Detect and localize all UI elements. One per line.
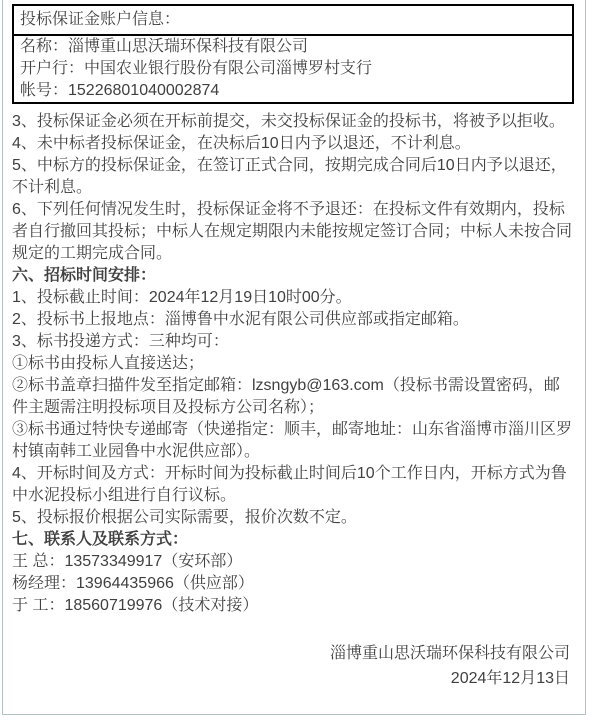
method-direct-delivery: ①标书由投标人直接送达； <box>12 353 574 375</box>
signature-company: 淄博重山思沃瑞环保科技有限公司 <box>12 641 570 666</box>
method-email-delivery: ②标书盖章扫描件发至指定邮箱：lzsngyb@163.com（投标书需设置密码，… <box>12 375 574 419</box>
account-table-detail-row: 名称：淄博重山思沃瑞环保科技有限公司 开户行：中国农业银行股份有限公司淄博罗村支… <box>13 35 573 103</box>
item-quotation-rounds: 5、投标报价根据公司实际需要，报价次数不定。 <box>12 507 574 529</box>
account-table-header-row: 投标保证金账户信息： <box>13 5 573 35</box>
clause-6-forfeit-conditions: 6、下列任何情况发生时，投标保证金将不予退还：在投标文件有效期内，投标者自行撤回… <box>12 199 574 265</box>
item-delivery-methods: 3、标书投递方式：三种均可： <box>12 331 574 353</box>
clause-4-refund-unsuccessful: 4、未中标者投标保证金，在决标后10日内予以退还，不计利息。 <box>12 133 574 155</box>
item-bid-deadline: 1、投标截止时间：2024年12月19日10时00分。 <box>12 287 574 309</box>
document-page: 投标保证金账户信息： 名称：淄博重山思沃瑞环保科技有限公司 开户行：中国农业银行… <box>2 0 586 715</box>
document-body: 3、投标保证金必须在开标前提交，未交投标保证金的投标书，将被予以拒收。 4、未中… <box>12 111 574 617</box>
signature-block: 淄博重山思沃瑞环保科技有限公司 2024年12月13日 <box>12 641 574 691</box>
section-contacts-heading: 七、联系人及联系方式： <box>12 529 574 551</box>
contact-wang: 王 总：13573349917（安环部） <box>12 551 574 573</box>
contact-yang: 杨经理：13964435966（供应部） <box>12 573 574 595</box>
contact-yu: 于 工：18560719976（技术对接） <box>12 595 574 617</box>
clause-5-refund-winner: 5、中标方的投标保证金，在签订正式合同，按期完成合同后10日内予以退还，不计利息… <box>12 155 574 199</box>
item-bid-opening: 4、开标时间及方式：开标时间为投标截止时间后10个工作日内，开标方式为鲁中水泥投… <box>12 463 574 507</box>
signature-date: 2024年12月13日 <box>12 666 570 691</box>
bid-bond-account-table: 投标保证金账户信息： 名称：淄博重山思沃瑞环保科技有限公司 开户行：中国农业银行… <box>12 4 574 104</box>
clause-3-bond-submission: 3、投标保证金必须在开标前提交，未交投标保证金的投标书，将被予以拒收。 <box>12 111 574 133</box>
account-number-line: 帐号：15226801040002874 <box>20 80 566 102</box>
account-name-line: 名称：淄博重山思沃瑞环保科技有限公司 <box>20 36 566 58</box>
method-courier-delivery: ③标书通过特快专递邮寄（快递指定：顺丰，邮寄地址：山东省淄博市淄川区罗村镇南韩工… <box>12 419 574 463</box>
bank-line: 开户行：中国农业银行股份有限公司淄博罗村支行 <box>20 58 566 80</box>
account-table-header: 投标保证金账户信息： <box>13 5 573 35</box>
section-schedule-heading: 六、招标时间安排： <box>12 265 574 287</box>
item-submission-location: 2、投标书上报地点：淄博鲁中水泥有限公司供应部或指定邮箱。 <box>12 309 574 331</box>
